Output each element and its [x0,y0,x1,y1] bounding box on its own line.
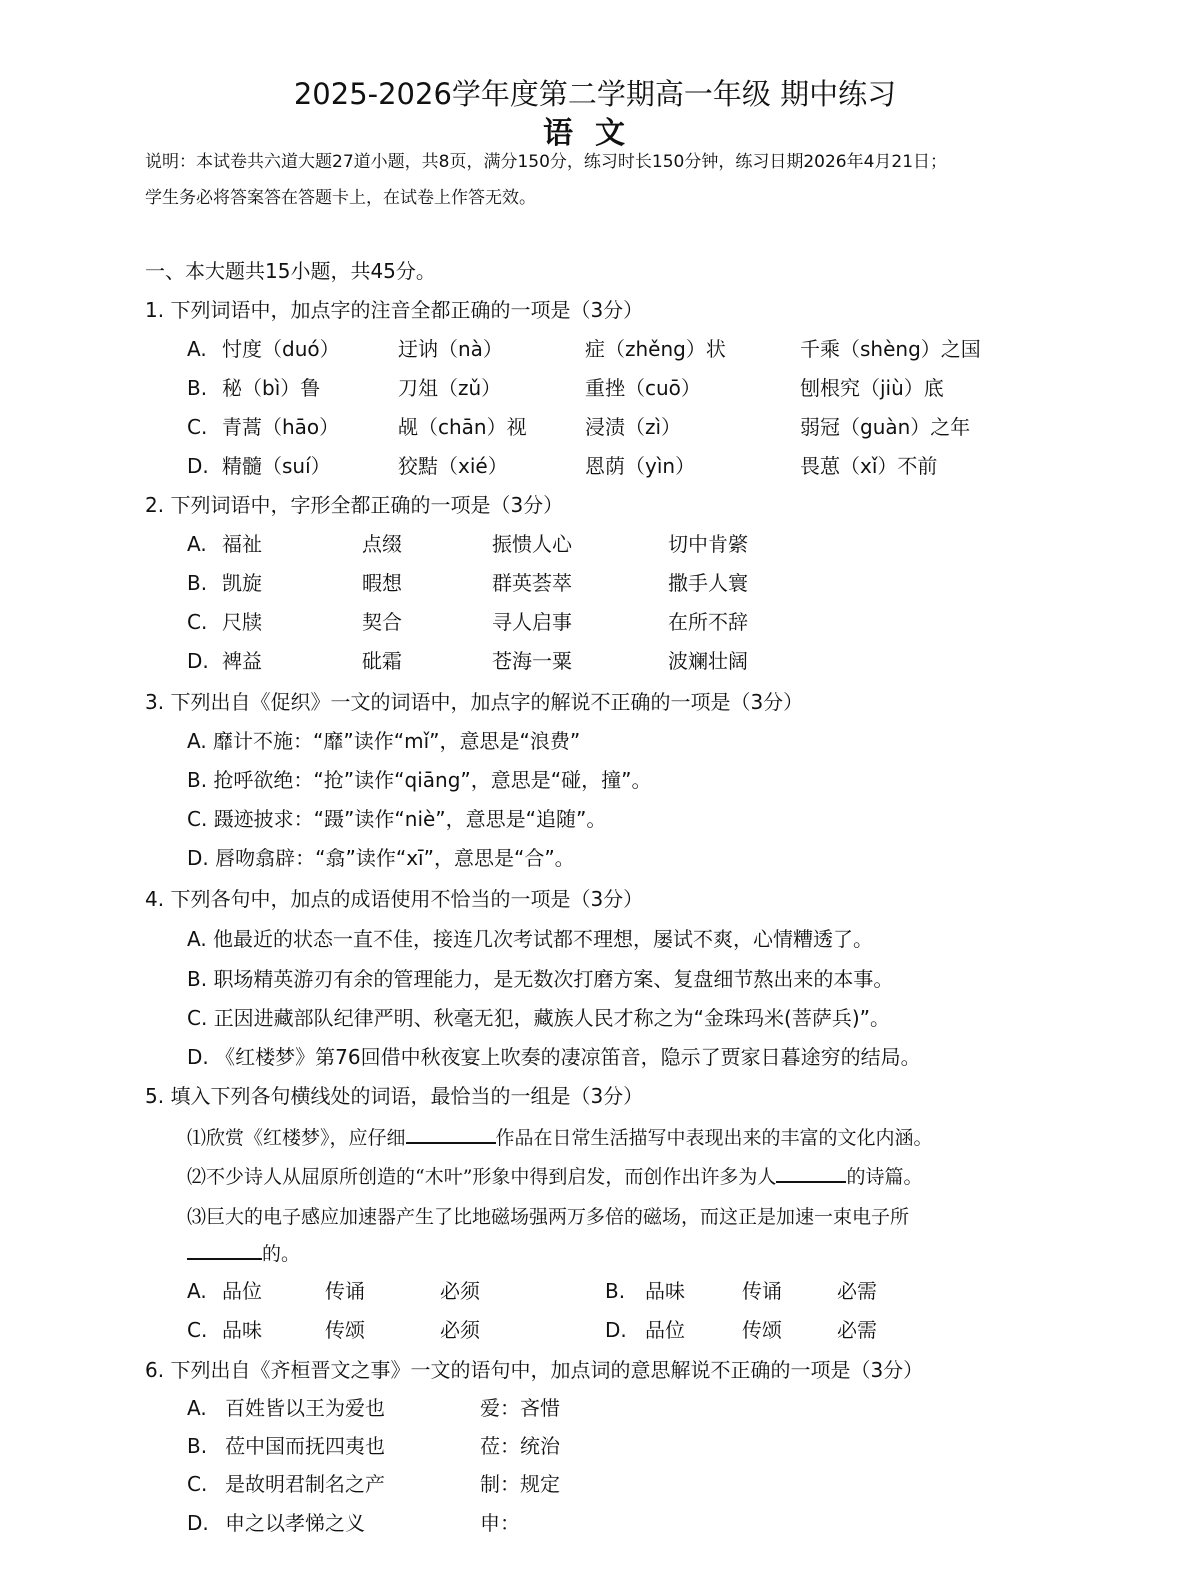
q6-a-gloss: 爱：吝惜 [480,1395,560,1421]
q3-option-b: B. 抢呼欲绝：“抢”读作“qiāng”，意思是“碰，撞”。 [187,767,651,793]
q5-s1-post: 作品在日常生活描写中表现出来的丰富的文化内涵。 [496,1127,933,1149]
q5-c-item: 传颂 [325,1317,365,1343]
q5-d-item: 品位 [645,1317,685,1343]
q6-c-label: C. [187,1471,207,1497]
q2-c-item: 寻人启事 [492,609,572,635]
q2-c-label: C. [187,609,207,635]
q6-d-label: D. [187,1510,209,1536]
q3-c-text: 蹑迹披求：“蹑”读作“niè”，意思是“追随”。 [214,807,607,831]
q3-option-d: D. 唇吻翕辟：“翕”读作“xī”，意思是“合”。 [187,845,575,871]
q5-b-item: 必需 [837,1278,877,1304]
q1-stem: 1. 下列词语中，加点字的注音全都正确的一项是（3分） [145,297,643,323]
q6-a-label: A. [187,1395,207,1421]
q4-option-b: B. 职场精英游刃有余的管理能力，是无数次打磨方案、复盘细节熬出来的本事。 [187,966,893,992]
q3-a-label: A. [187,729,207,753]
q2-a-item: 切中肯綮 [668,531,748,557]
q2-stem: 2. 下列词语中，字形全都正确的一项是（3分） [145,492,563,518]
q4-stem: 4. 下列各句中，加点的成语使用不恰当的一项是（3分） [145,886,643,912]
q4-a-text: 他最近的状态一直不佳，接连几次考试都不理想，屡试不爽，心情糟透了。 [213,927,873,951]
q5-s2-post: 的诗篇。 [846,1166,922,1188]
q3-b-label: B. [187,768,207,792]
q1-d-item: 畏葸（xǐ）不前 [800,453,937,479]
q1-d-item: 精髓（suí） [222,453,331,479]
q3-a-text: 靡计不施：“靡”读作“mǐ”，意思是“浪费” [213,729,580,753]
q1-d-item: 恩荫（yìn） [585,453,695,479]
q1-a-item: 忖度（duó） [222,336,340,362]
q1-b-item: 秘（bì）鲁 [222,375,320,401]
q1-c-item: 觇（chān）视 [398,414,527,440]
q2-a-item: 福祉 [222,531,262,557]
q4-a-label: A. [187,927,207,951]
q4-b-label: B. [187,967,207,991]
q2-b-item: 群英荟萃 [492,570,572,596]
q1-d-item: 狡黠（xié） [398,453,508,479]
q3-d-text: 唇吻翕辟：“翕”读作“xī”，意思是“合”。 [215,846,575,870]
q2-d-item: 波斓壮阔 [668,648,748,674]
q4-d-label: D. [187,1045,209,1069]
q2-c-item: 契合 [362,609,402,635]
exam-instructions-line1: 说明：本试卷共六道大题27道小题，共8页，满分150分，练习时长150分钟，练习… [145,152,1045,172]
q5-a-item: 必须 [440,1278,480,1304]
q1-c-label: C. [187,414,207,440]
q1-a-label: A. [187,336,207,362]
q5-s1-pre: ⑴欣赏《红楼梦》，应仔细 [187,1127,406,1149]
q5-sentence-3-cont: 的。 [187,1240,300,1267]
q5-blank-2 [776,1163,846,1183]
q1-b-label: B. [187,375,207,401]
q2-c-item: 尺牍 [222,609,262,635]
q4-b-text: 职场精英游刃有余的管理能力，是无数次打磨方案、复盘细节熬出来的本事。 [213,967,893,991]
q5-b-label: B. [605,1278,625,1304]
exam-title: 2025-2026学年度第二学期高一年级 期中练习 [0,72,1190,113]
exam-page: 2025-2026学年度第二学期高一年级 期中练习 语文 说明：本试卷共六道大题… [0,0,1190,1586]
q2-d-label: D. [187,648,209,674]
q3-option-c: C. 蹑迹披求：“蹑”读作“niè”，意思是“追随”。 [187,806,606,832]
q5-a-item: 传诵 [325,1278,365,1304]
q2-a-label: A. [187,531,207,557]
q6-c-sentence: 是故明君制名之产 [225,1471,385,1497]
q1-a-item: 迂讷（nà） [398,336,503,362]
q5-blank-3 [187,1240,262,1260]
q5-s3-post: 的。 [262,1243,300,1265]
q6-c-gloss: 制：规定 [480,1471,560,1497]
q1-c-item: 青蒿（hāo） [222,414,339,440]
q3-d-label: D. [187,846,209,870]
q6-b-gloss: 莅：统治 [480,1433,560,1459]
q5-sentence-3: ⑶巨大的电子感应加速器产生了比地磁场强两万多倍的磁场，而这正是加速一束电子所 [187,1204,909,1230]
q6-a-sentence: 百姓皆以王为爱也 [225,1395,385,1421]
q5-a-label: A. [187,1278,207,1304]
q2-b-item: 凯旋 [222,570,262,596]
q5-a-item: 品位 [222,1278,262,1304]
q5-b-item: 品味 [645,1278,685,1304]
q5-blank-1 [406,1124,496,1144]
q1-d-label: D. [187,453,209,479]
q4-option-c: C. 正因进藏部队纪律严明、秋毫无犯，藏族人民才称之为“金珠玛米(菩萨兵)”。 [187,1005,890,1031]
q3-c-label: C. [187,807,207,831]
q4-c-label: C. [187,1006,207,1030]
q5-b-item: 传诵 [742,1278,782,1304]
q1-a-item: 症（zhěng）状 [585,336,726,362]
q5-sentence-1: ⑴欣赏《红楼梦》，应仔细作品在日常生活描写中表现出来的丰富的文化内涵。 [187,1124,933,1151]
q3-option-a: A. 靡计不施：“靡”读作“mǐ”，意思是“浪费” [187,728,580,754]
q5-d-item: 传颂 [742,1317,782,1343]
q5-stem: 5. 填入下列各句横线处的词语，最恰当的一组是（3分） [145,1083,643,1109]
q5-sentence-2: ⑵不少诗人从屈原所创造的“木叶”形象中得到启发，而创作出许多为人的诗篇。 [187,1163,922,1190]
q2-a-item: 振愦人心 [492,531,572,557]
q3-b-text: 抢呼欲绝：“抢”读作“qiāng”，意思是“碰，撞”。 [213,768,651,792]
q5-d-label: D. [605,1317,627,1343]
q4-option-d: D. 《红楼梦》第76回借中秋夜宴上吹奏的凄凉笛音，隐示了贾家日暮途穷的结局。 [187,1044,921,1070]
q2-d-item: 裨益 [222,648,262,674]
q4-d-text: 《红楼梦》第76回借中秋夜宴上吹奏的凄凉笛音，隐示了贾家日暮途穷的结局。 [215,1045,920,1069]
q2-d-item: 砒霜 [362,648,402,674]
q4-option-a: A. 他最近的状态一直不佳，接连几次考试都不理想，屡试不爽，心情糟透了。 [187,926,873,952]
q1-b-item: 刨根究（jiù）底 [800,375,944,401]
q2-b-item: 撒手人寰 [668,570,748,596]
q1-b-item: 重挫（cuō） [585,375,701,401]
q5-d-item: 必需 [837,1317,877,1343]
q3-stem: 3. 下列出自《促织》一文的词语中，加点字的解说不正确的一项是（3分） [145,689,803,715]
q1-c-item: 浸渍（zì） [585,414,681,440]
q2-d-item: 苍海一粟 [492,648,572,674]
q6-d-sentence: 申之以孝悌之义 [225,1510,365,1536]
q5-s3-pre: ⑶巨大的电子感应加速器产生了比地磁场强两万多倍的磁场，而这正是加速一束电子所 [187,1206,909,1228]
q2-b-item: 暇想 [362,570,402,596]
exam-instructions-line2: 学生务必将答案答在答题卡上，在试卷上作答无效。 [145,188,1045,208]
exam-subject: 语文 [0,108,1190,152]
q6-b-sentence: 莅中国而抚四夷也 [225,1433,385,1459]
section-heading: 一、本大题共15小题，共45分。 [145,258,436,284]
q1-b-item: 刀俎（zǔ） [398,375,501,401]
q6-stem: 6. 下列出自《齐桓晋文之事》一文的语句中，加点词的意思解说不正确的一项是（3分… [145,1357,923,1383]
q2-b-label: B. [187,570,207,596]
q6-b-label: B. [187,1433,207,1459]
q6-d-gloss: 申： [480,1510,520,1536]
q5-c-label: C. [187,1317,207,1343]
q5-c-item: 品味 [222,1317,262,1343]
q1-a-item: 千乘（shèng）之国 [800,336,981,362]
q2-a-item: 点缀 [362,531,402,557]
q2-c-item: 在所不辞 [668,609,748,635]
q5-s2-pre: ⑵不少诗人从屈原所创造的“木叶”形象中得到启发，而创作出许多为人 [187,1166,776,1188]
q4-c-text: 正因进藏部队纪律严明、秋毫无犯，藏族人民才称之为“金珠玛米(菩萨兵)”。 [214,1006,890,1030]
q5-c-item: 必须 [440,1317,480,1343]
q1-c-item: 弱冠（guàn）之年 [800,414,970,440]
